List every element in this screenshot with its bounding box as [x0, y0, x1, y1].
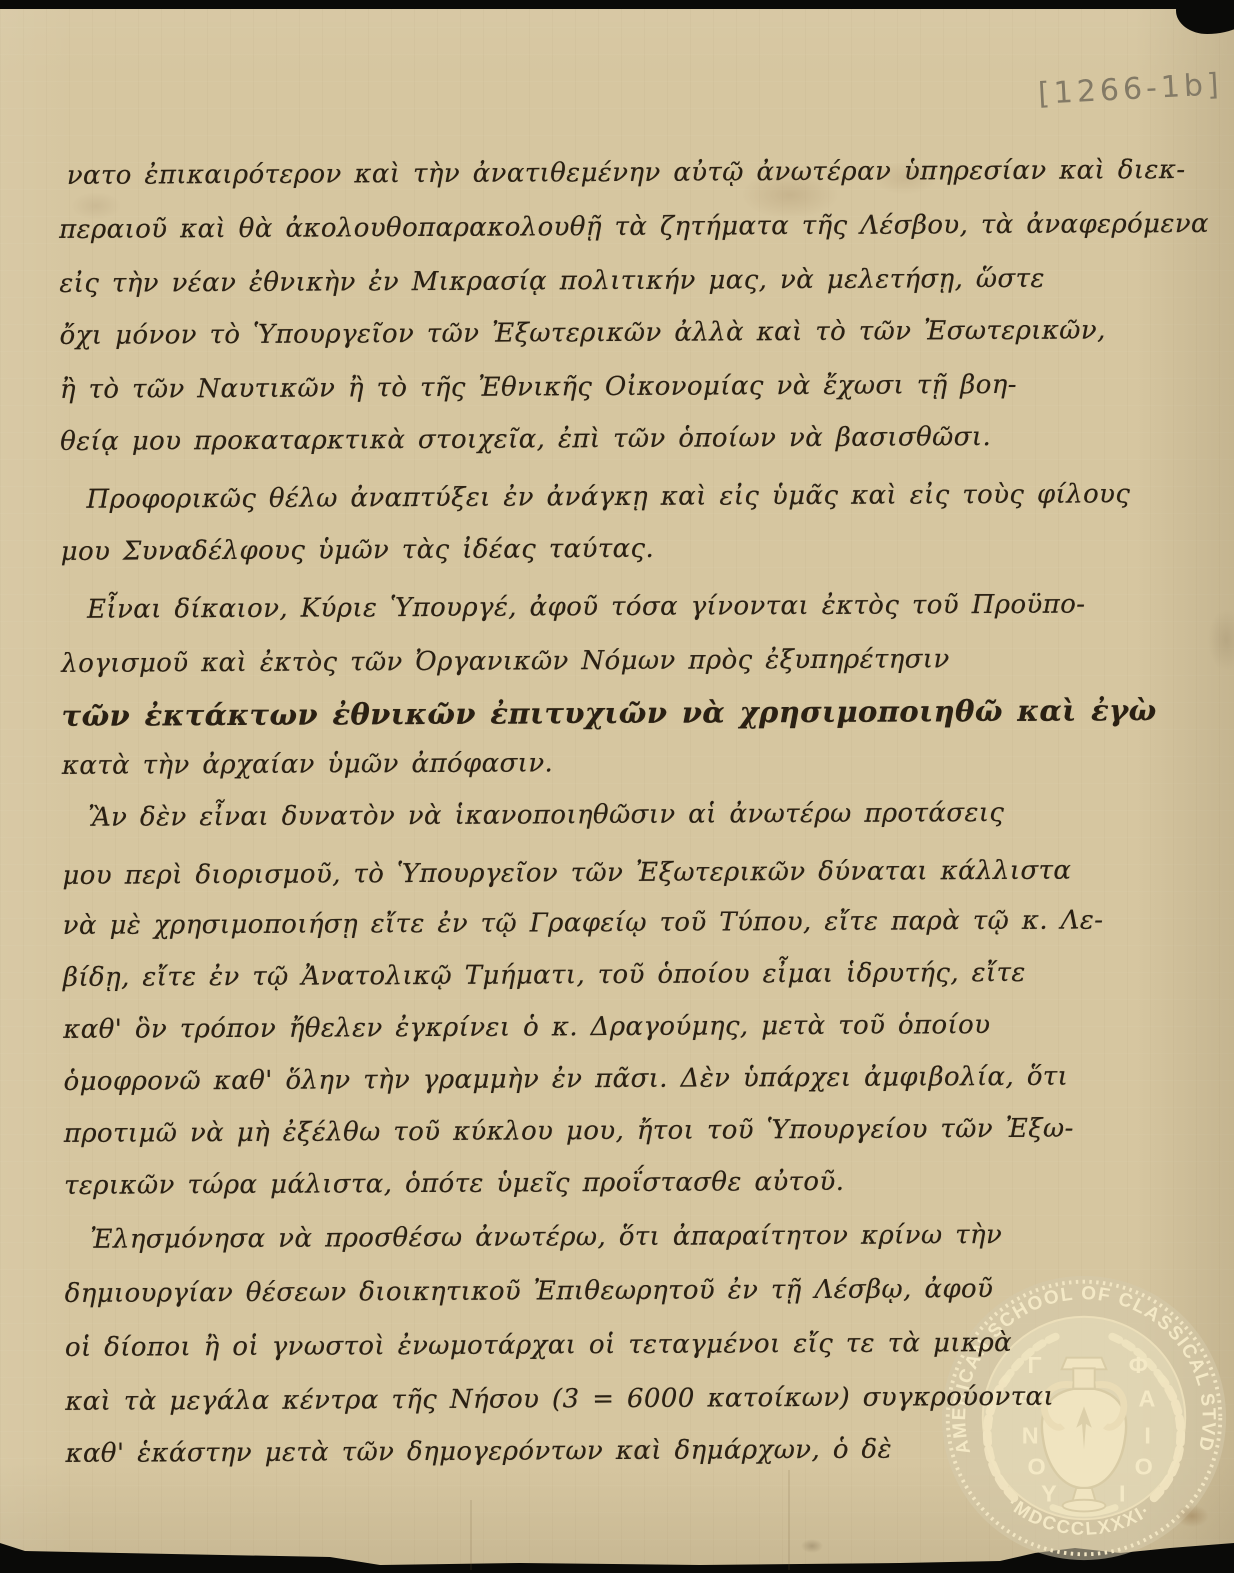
handwritten-line: ὄχι μόνον τὸ Ὑπουργεῖον τῶν Ἐξωτερικῶν ἀ…: [60, 315, 1106, 350]
handwritten-line: καθ' ὃν τρόπον ἤθελεν ἐγκρίνει ὁ κ. Δραγ…: [63, 1010, 990, 1045]
handwritten-line: Ἐλησμόνησα νὰ προσθέσω ἀνωτέρω, ὅτι ἀπαρ…: [90, 1220, 1002, 1255]
handwritten-line: τῶν ἐκτάκτων ἐθνικῶν ἐπιτυχιῶν νὰ χρησιμ…: [62, 693, 1157, 733]
handwritten-line: λογισμοῦ καὶ ἐκτὸς τῶν Ὀργανικῶν Νόμων π…: [61, 644, 950, 679]
handwritten-line: οἱ δίοποι ἢ οἱ γνωστοὶ ἐνωμοτάρχαι οἱ τε…: [65, 1328, 1012, 1363]
handwritten-line: μου περὶ διορισμοῦ, τὸ Ὑπουργεῖον τῶν Ἐξ…: [62, 856, 1071, 891]
handwritten-line: Εἶναι δίκαιον, Κύριε Ὑπουργέ, ἀφοῦ τόσα …: [87, 590, 1085, 625]
handwritten-line: εἰς τὴν νέαν ἐθνικὴν ἐν Μικρασίᾳ πολιτικ…: [59, 264, 1045, 299]
handwritten-line: προτιμῶ νὰ μὴ ἐξέλθω τοῦ κύκλου μου, ἤτο…: [64, 1114, 1074, 1149]
handwritten-line: καὶ τὰ μεγάλα κέντρα τῆς Νήσου (3 = 6000…: [65, 1382, 1054, 1417]
handwritten-line: Προφορικῶς θέλω ἀναπτύξει ἐν ἀνάγκῃ καὶ …: [86, 479, 1130, 514]
handwritten-line: καθ' ἑκάστην μετὰ τῶν δημογερόντων καὶ δ…: [65, 1435, 892, 1469]
handwritten-line: θείᾳ μου προκαταρκτικὰ στοιχεῖα, ἐπὶ τῶν…: [60, 422, 991, 457]
letter-page: [1266-1b] AMERICAN SCHOOL OF CLASSICAL S…: [0, 0, 1234, 1573]
handwritten-line: βίδῃ, εἴτε ἐν τῷ Ἀνατολικῷ Τμήματι, τοῦ …: [63, 958, 1026, 993]
handwritten-line: μου Συναδέλφους ὑμῶν τὰς ἰδέας ταύτας.: [61, 534, 655, 567]
handwritten-line: τερικῶν τώρα μάλιστα, ὁπότε ὑμεῖς προΐστ…: [64, 1167, 844, 1201]
letter-body: νατο ἐπικαιρότερον καὶ τὴν ἀνατιθεμένην …: [0, 0, 1234, 1573]
handwritten-line: περαιοῦ καὶ θὰ ἀκολουθοπαρακολουθῇ τὰ ζη…: [59, 209, 1209, 245]
handwritten-line: ἢ τὸ τῶν Ναυτικῶν ἢ τὸ τῆς Ἐθνικῆς Οἰκον…: [60, 370, 1017, 405]
handwritten-line: δημιουργίαν θέσεων διοικητικοῦ Ἐπιθεωρητ…: [65, 1274, 994, 1309]
handwritten-line: κατὰ τὴν ἀρχαίαν ὑμῶν ἀπόφασιν.: [62, 748, 553, 781]
handwritten-line: Ἂν δὲν εἶναι δυνατὸν νὰ ἱκανοποιηθῶσιν α…: [88, 798, 1004, 833]
handwritten-line: νὰ μὲ χρησιμοποιήσῃ εἴτε ἐν τῷ Γραφείῳ τ…: [63, 905, 1104, 940]
handwritten-line: ὁμοφρονῶ καθ' ὅλην τὴν γραμμὴν ἐν πᾶσι. …: [63, 1062, 1068, 1097]
handwritten-line: νατο ἐπικαιρότερον καὶ τὴν ἀνατιθεμένην …: [67, 155, 1186, 191]
